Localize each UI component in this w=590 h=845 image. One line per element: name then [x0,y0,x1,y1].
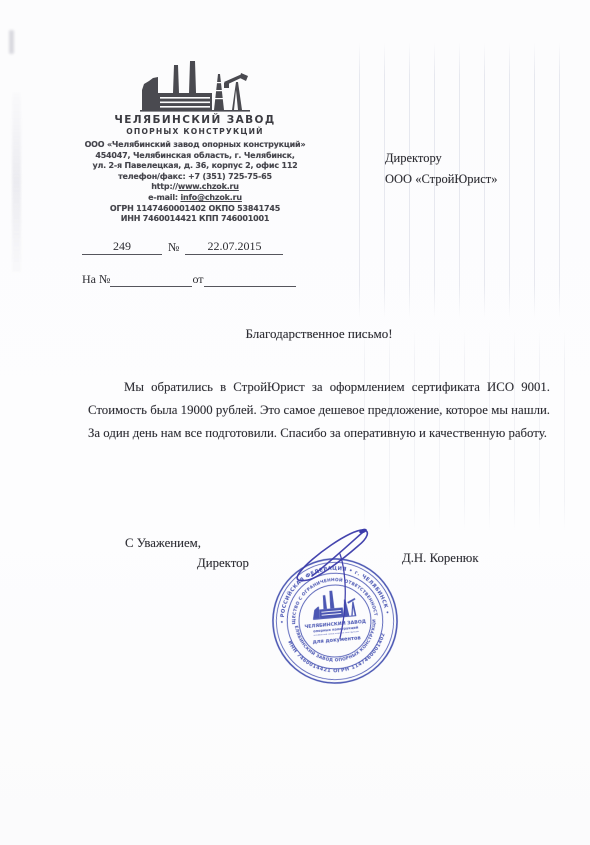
inn-kpp-line: ИНН 7460014421 КПП 746001001 [30,214,360,225]
outgoing-date: 22.07.2015 [185,239,283,255]
from-label: от [192,272,203,286]
incoming-reference-row: На №от [82,271,296,287]
recipient-company: ООО «СтройЮрист» [385,169,497,190]
closing-regards: С Уважением, [125,536,201,551]
website-url: www.chzok.ru [178,182,239,191]
closing-position: Директор [197,556,249,571]
scan-corner-mark [9,30,14,54]
ogrn-okpo-line: ОГРН 1147460001402 ОКПО 53841745 [30,204,360,215]
number-sign: № [168,240,179,254]
letter-body: Мы обратились в СтройЮрист за оформление… [88,376,550,445]
website-line: http://www.chzok.ru [30,182,360,193]
company-name-line: ООО «Челябинский завод опорных конструкц… [30,140,360,151]
phone-line: телефон/факс: +7 (351) 725-75-65 [30,172,360,183]
email-address: info@chzok.ru [180,193,241,202]
incoming-date-blank [204,271,296,287]
outgoing-reference-row: 249№22.07.2015 [82,239,283,255]
factory-logo-icon [136,60,254,112]
signature-ink-blob [359,528,368,534]
recipient-title: Директору [385,148,497,169]
incoming-number-blank [110,271,192,287]
letter-title: Благодарственное письмо! [88,326,550,342]
scanned-letter-page: ЧЕЛЯБИНСКИЙ ЗАВОД ОПОРНЫХ КОНСТРУКЦИЙ ОО… [0,0,590,845]
address-line-1: 454047, Челябинская область, г. Челябинс… [30,151,360,162]
email-line: e-mail: info@chzok.ru [30,193,360,204]
letterhead: ЧЕЛЯБИНСКИЙ ЗАВОД ОПОРНЫХ КОНСТРУКЦИЙ ОО… [30,60,360,225]
scan-edge-ghost [12,92,21,272]
handwritten-signature [290,520,380,650]
letterhead-address-block: ООО «Челябинский завод опорных конструкц… [30,140,360,225]
email-label: e-mail: [148,193,180,202]
recipient-block: Директору ООО «СтройЮрист» [385,148,497,190]
company-logo-title: ЧЕЛЯБИНСКИЙ ЗАВОД [30,114,360,126]
closing-signatory-name: Д.Н. Коренюк [402,551,479,566]
company-logo-subtitle: ОПОРНЫХ КОНСТРУКЦИЙ [30,127,360,136]
outgoing-number: 249 [82,239,162,255]
address-line-2: ул. 2-я Павелецкая, д. 36, корпус 2, офи… [30,161,360,172]
website-prefix: http:// [151,182,178,191]
incoming-label: На № [82,272,110,286]
